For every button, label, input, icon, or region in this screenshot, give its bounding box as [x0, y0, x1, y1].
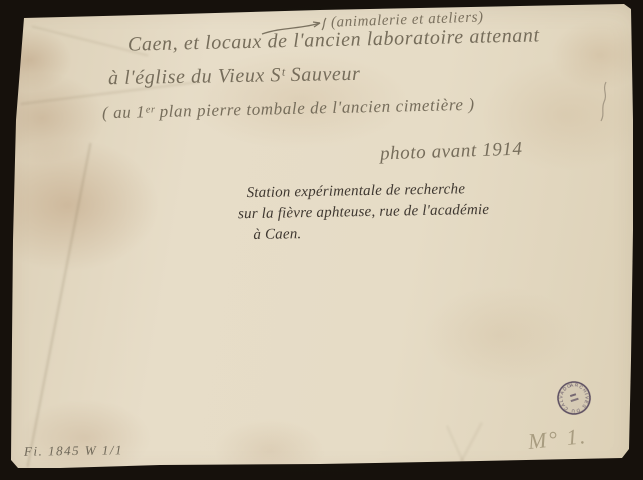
svg-text:ARCHIVES DU CALVADOS: ARCHIVES DU CALVADOS	[546, 370, 593, 420]
insertion-arrow-icon	[260, 16, 332, 40]
ink-note: Station expérimentale de recherche sur l…	[246, 179, 489, 246]
scan-canvas: (animalerie et ateliers) Caen, et locaux…	[0, 0, 643, 480]
paper-crease	[446, 425, 466, 466]
ink-note-line2: sur la fièvre aphteuse, rue de l'académi…	[238, 200, 490, 225]
paper-crease	[27, 143, 92, 467]
handwritten-caption-line4: photo avant 1914	[380, 139, 523, 166]
paper-crease	[32, 26, 149, 57]
corner-number-mark: M° 1.	[527, 423, 589, 455]
paper-crease	[21, 81, 200, 105]
handwritten-caption-line3: ( au 1ᵉʳ plan pierre tombale de l'ancien…	[102, 95, 475, 123]
paper-crease	[459, 422, 482, 464]
handwritten-caption-line1: Caen, et locaux de l'ancien laboratoire …	[128, 24, 540, 56]
handwritten-insertion-note: (animalerie et ateliers)	[331, 9, 484, 31]
handwritten-caption-line2: à l'église du Vieux Sᵗ Sauveur	[108, 63, 361, 90]
archives-stamp-icon: ARCHIVES DU CALVADOS	[546, 370, 601, 425]
stamp-text: ARCHIVES DU CALVADOS	[546, 370, 593, 420]
paper-verso: (animalerie et ateliers) Caen, et locaux…	[0, 0, 643, 480]
ink-note-line1: Station expérimentale de recherche	[246, 179, 489, 204]
archive-reference-code: Fi. 1845 W 1/1	[24, 442, 123, 459]
ink-note-line3: à Caen.	[253, 221, 490, 246]
pencil-squiggle-mark	[590, 80, 616, 124]
